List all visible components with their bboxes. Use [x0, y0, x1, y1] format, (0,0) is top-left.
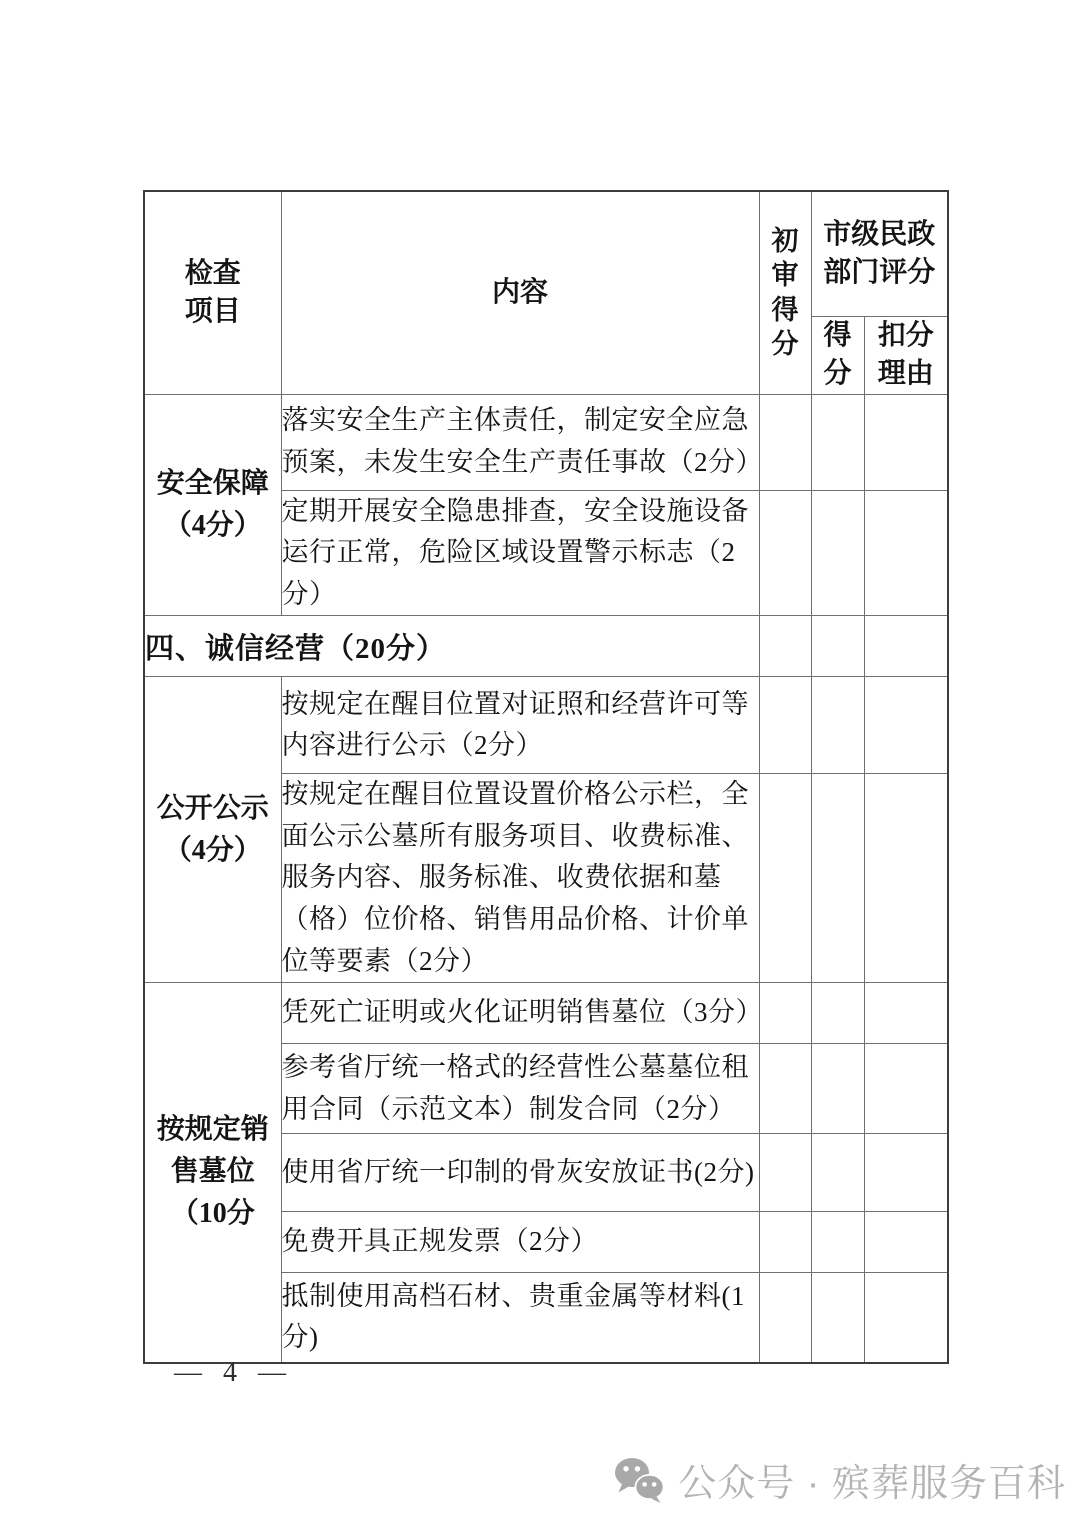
header-content: 内容 — [281, 191, 759, 394]
score-cell — [811, 677, 864, 774]
header-inspection-item: 检查 项目 — [144, 191, 281, 394]
header-municipal-score: 市级民政 部门评分 — [811, 191, 948, 316]
deduction-reason-cell — [864, 677, 948, 774]
criterion-text: 参考省厅统一格式的经营性公墓墓位租用合同（示范文本）制发合同（2分） — [281, 1044, 759, 1134]
initial-score-cell — [759, 490, 811, 616]
score-cell — [811, 983, 864, 1044]
criterion-text: 抵制使用高档石材、贵重金属等材料(1分) — [281, 1273, 759, 1363]
evaluation-table-container: 检查 项目 内容 初 审 得 分 市级民政 部门评分 得 分 扣分 理由 安全保… — [143, 190, 949, 1364]
criterion-text: 凭死亡证明或火化证明销售墓位（3分） — [281, 983, 759, 1044]
group-label-safety: 安全保障 （4分） — [144, 394, 281, 616]
deduction-reason-cell — [864, 983, 948, 1044]
page-number: — 4 — — [174, 1357, 286, 1389]
initial-score-cell — [759, 677, 811, 774]
initial-score-cell — [759, 774, 811, 983]
initial-score-cell — [759, 1044, 811, 1134]
deduction-reason-cell — [864, 490, 948, 616]
group-label-disclosure: 公开公示 （4分） — [144, 677, 281, 983]
criterion-text: 落实安全生产主体责任，制定安全应急预案，未发生安全生产责任事故（2分） — [281, 394, 759, 490]
criterion-text: 免费开具正规发票（2分） — [281, 1212, 759, 1273]
criterion-text: 按规定在醒目位置设置价格公示栏，全面公示公墓所有服务项目、收费标准、服务内容、服… — [281, 774, 759, 983]
section-header: 四、诚信经营（20分） — [144, 616, 759, 677]
criterion-text: 定期开展安全隐患排查，安全设施设备运行正常，危险区域设置警示标志（2分） — [281, 490, 759, 616]
score-cell — [811, 616, 864, 677]
score-cell — [811, 774, 864, 983]
deduction-reason-cell — [864, 394, 948, 490]
deduction-reason-cell — [864, 1273, 948, 1363]
header-score: 得 分 — [811, 316, 864, 394]
deduction-reason-cell — [864, 1134, 948, 1212]
header-deduction-reason: 扣分 理由 — [864, 316, 948, 394]
score-cell — [811, 394, 864, 490]
score-cell — [811, 490, 864, 616]
score-cell — [811, 1273, 864, 1363]
score-cell — [811, 1212, 864, 1273]
deduction-reason-cell — [864, 1044, 948, 1134]
criterion-text: 使用省厅统一印制的骨灰安放证书(2分) — [281, 1134, 759, 1212]
initial-score-cell — [759, 1134, 811, 1212]
score-cell — [811, 1044, 864, 1134]
watermark: 公众号 · 殡葬服务百科 — [613, 1452, 1066, 1507]
deduction-reason-cell — [864, 1212, 948, 1273]
initial-score-cell — [759, 1212, 811, 1273]
header-initial-review-score: 初 审 得 分 — [759, 191, 811, 394]
watermark-text: 公众号 · 殡葬服务百科 — [678, 1452, 1066, 1507]
group-label-sales: 按规定销 售墓位 （10分 — [144, 983, 281, 1363]
initial-score-cell — [759, 983, 811, 1044]
evaluation-score-table: 检查 项目 内容 初 审 得 分 市级民政 部门评分 得 分 扣分 理由 安全保… — [143, 190, 949, 1364]
initial-score-cell — [759, 394, 811, 490]
score-cell — [811, 1134, 864, 1212]
initial-score-cell — [759, 616, 811, 677]
initial-score-cell — [759, 1273, 811, 1363]
deduction-reason-cell — [864, 616, 948, 677]
criterion-text: 按规定在醒目位置对证照和经营许可等内容进行公示（2分） — [281, 677, 759, 774]
wechat-icon — [613, 1456, 665, 1504]
deduction-reason-cell — [864, 774, 948, 983]
